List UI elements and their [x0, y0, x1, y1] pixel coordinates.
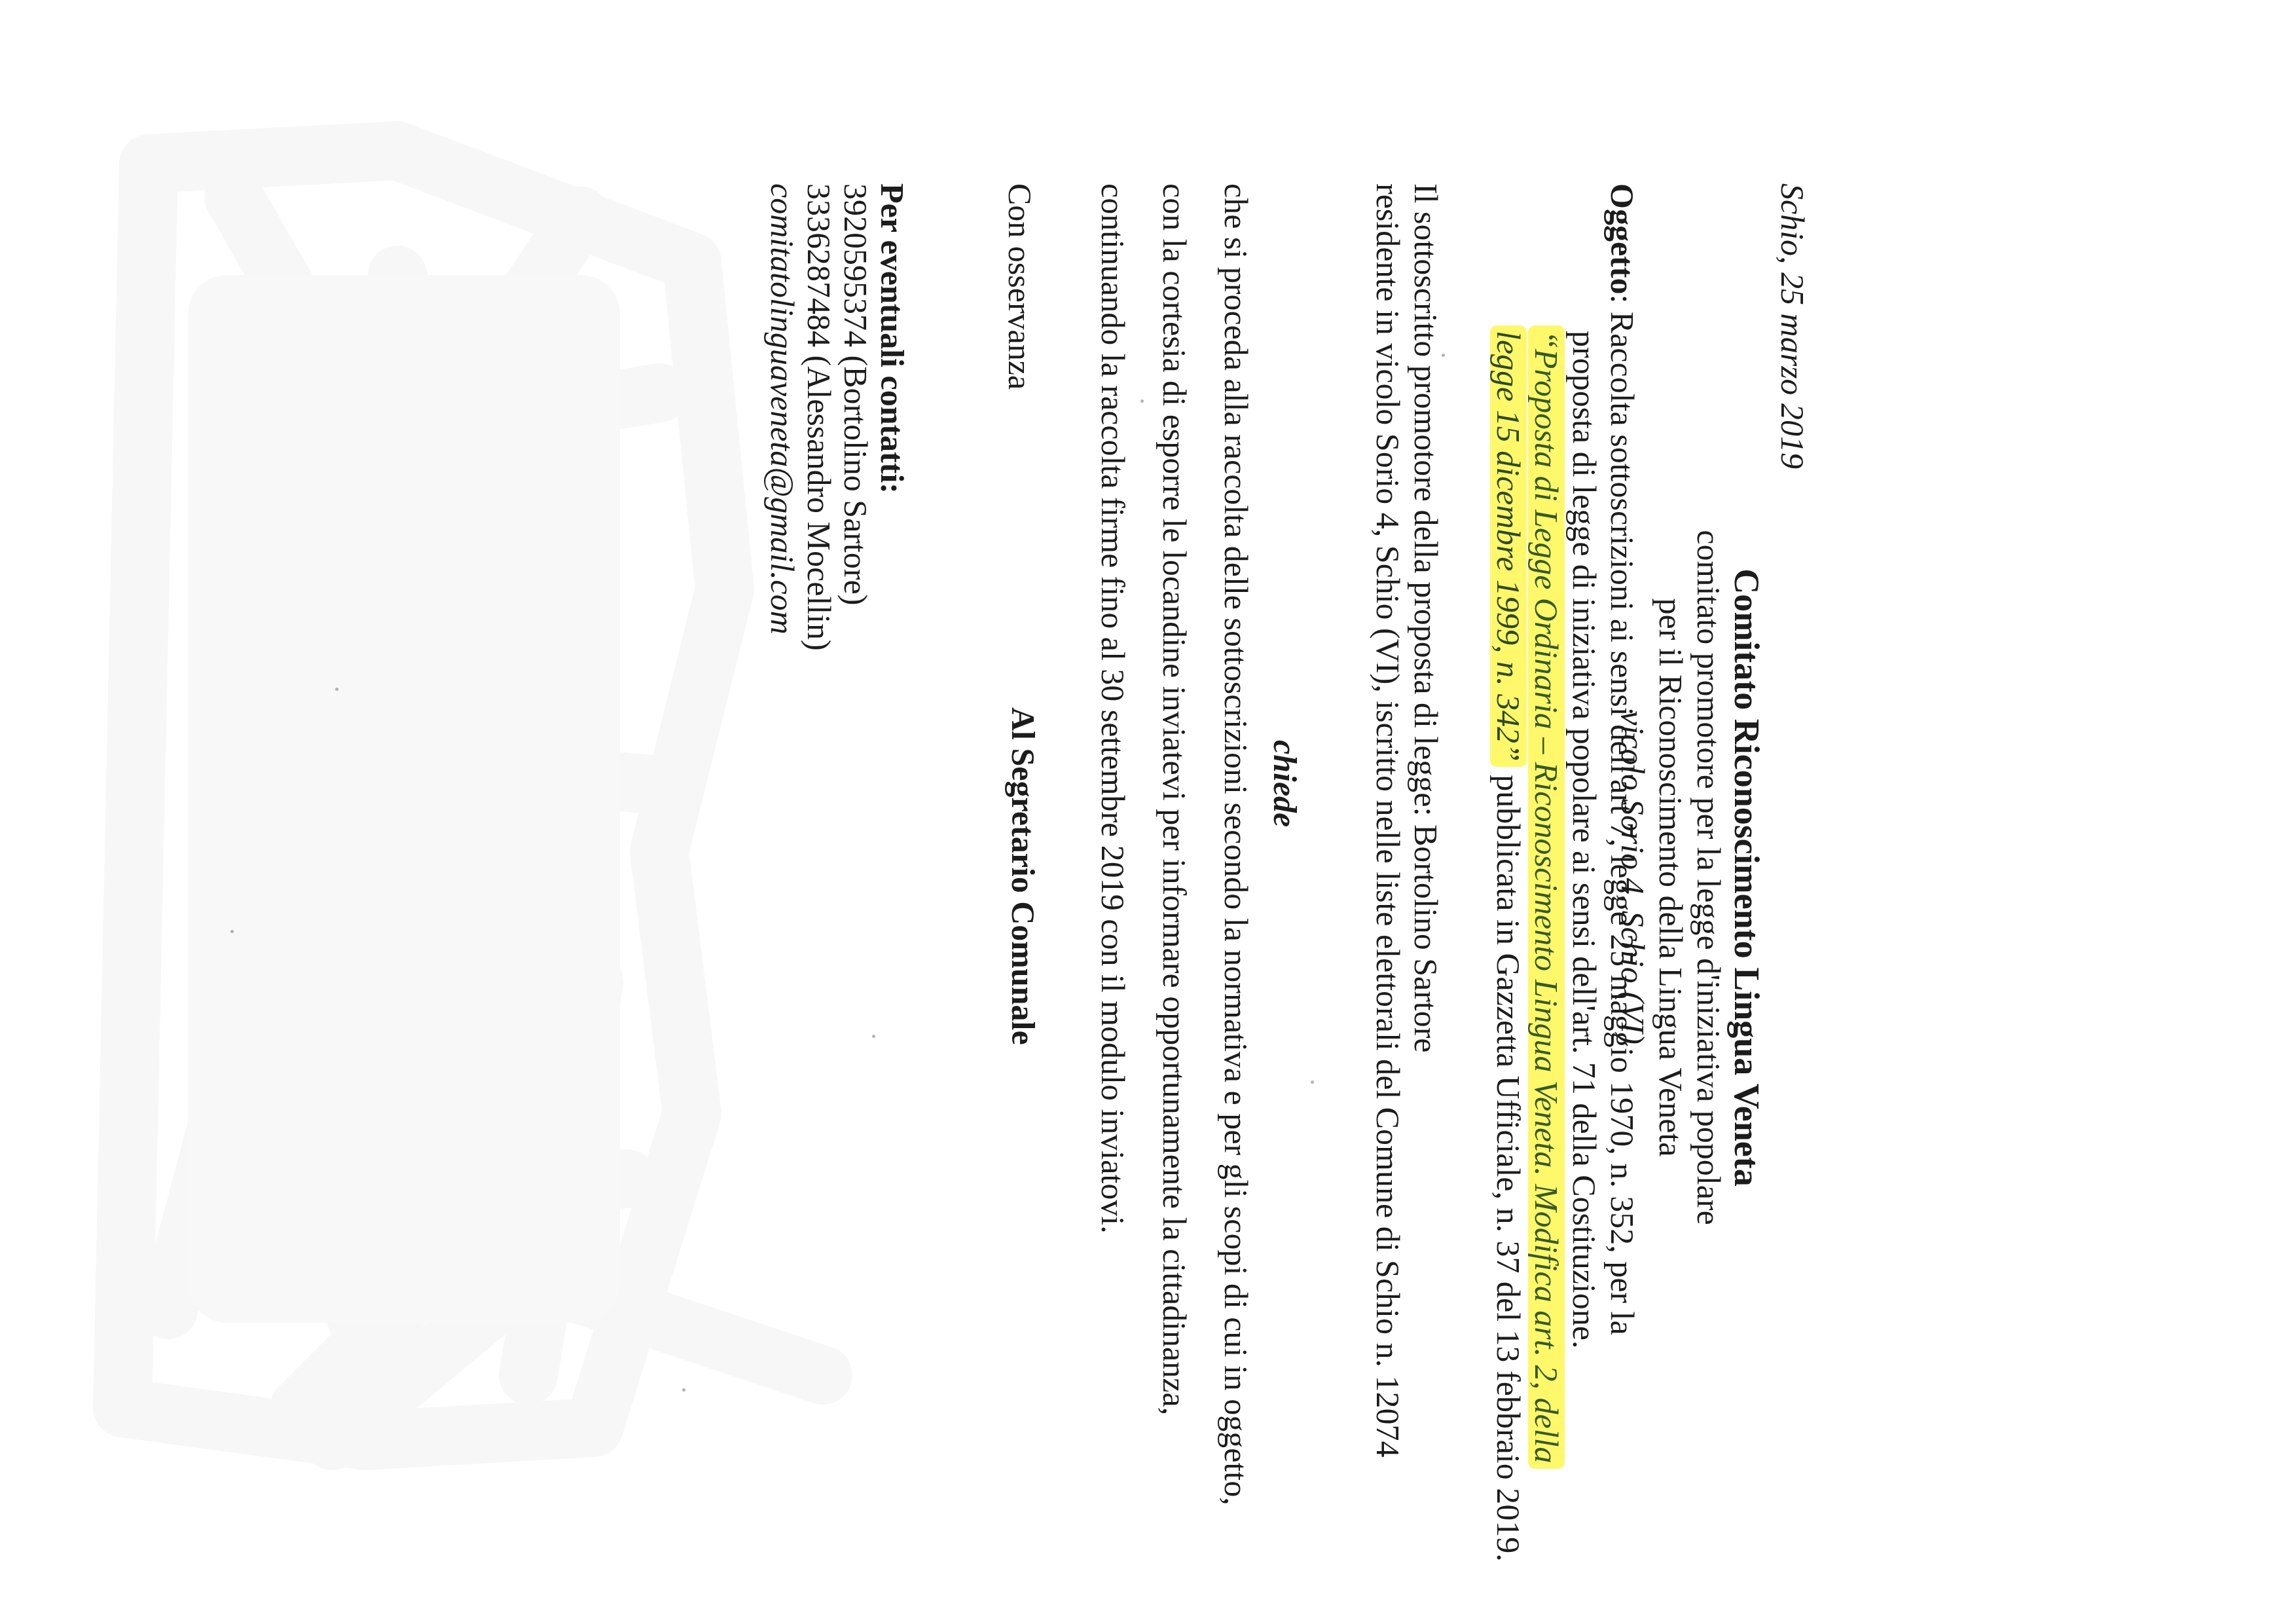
contacts-block: Per eventuali contatti: 3920595374 (Bort… [765, 183, 911, 651]
contact-email: comitatolinguaveneta@gmail.com [765, 183, 801, 651]
subject-line-1: : Raccolta sottoscrizioni ai sensi dell'… [1604, 294, 1641, 1335]
letter-date: Schio, 25 marzo 2019 [1774, 183, 1812, 469]
request-line-1: che si proceda alla raccolta delle sotto… [1194, 183, 1255, 1559]
subject-line-2: proposta di legge di iniziativa popolare… [1565, 183, 1603, 1559]
undersigned-line-2: residente in vicolo Sorio 4, Schio (VI),… [1369, 183, 1407, 1559]
highlighted-law-title-line-2: legge 15 dicembre 1999, n. 342” [1490, 325, 1527, 767]
committee-description-line-1: comitato promotore per la legge d'inizia… [1690, 485, 1728, 1270]
subject-publication: pubblicata in Gazzetta Ufficiale, n. 37 … [1490, 767, 1527, 1562]
contacts-title: Per eventuali contatti: [875, 183, 911, 651]
scan-speck [1311, 1080, 1314, 1084]
recipient: Al Segretario Comunale [1004, 707, 1042, 1100]
request-line-3: continuando la raccolta firme fino al 30… [1070, 183, 1132, 1559]
undersigned-line-1: Il sottoscritto promotore della proposta… [1407, 183, 1445, 1559]
scan-speck [682, 1388, 685, 1392]
subject-label: Oggetto [1604, 183, 1641, 294]
scan-speck [230, 930, 234, 933]
scan-speck [335, 688, 338, 691]
highlighted-law-title-line-1: “Proposta di Legge Ordinaria – Riconosci… [1528, 325, 1565, 1469]
request-line-2: con la cortesia di esporre le locandine … [1132, 183, 1194, 1559]
scanned-letter-page: Comitato Riconoscimento Lingua Veneta co… [0, 0, 2296, 1624]
contact-phone-2: 3336287484 (Alessandro Mocellin) [801, 183, 838, 651]
committee-description-line-2: per il Riconoscimento della Lingua Venet… [1652, 485, 1690, 1270]
asks-heading: chiede [1266, 740, 1304, 827]
subject-block: Oggetto: Raccolta sottoscrizioni ai sens… [1489, 183, 1641, 1559]
committee-name: Comitato Riconoscimento Lingua Veneta [1728, 485, 1766, 1270]
closing-salutation: Con osservanza [1001, 183, 1039, 390]
scan-speck [872, 1035, 875, 1038]
request-block: che si proceda alla raccolta delle sotto… [1070, 183, 1255, 1559]
undersigned-block: Il sottoscritto promotore della proposta… [1369, 183, 1445, 1559]
contact-phone-1: 3920595374 (Bortolino Sartore) [838, 183, 875, 651]
